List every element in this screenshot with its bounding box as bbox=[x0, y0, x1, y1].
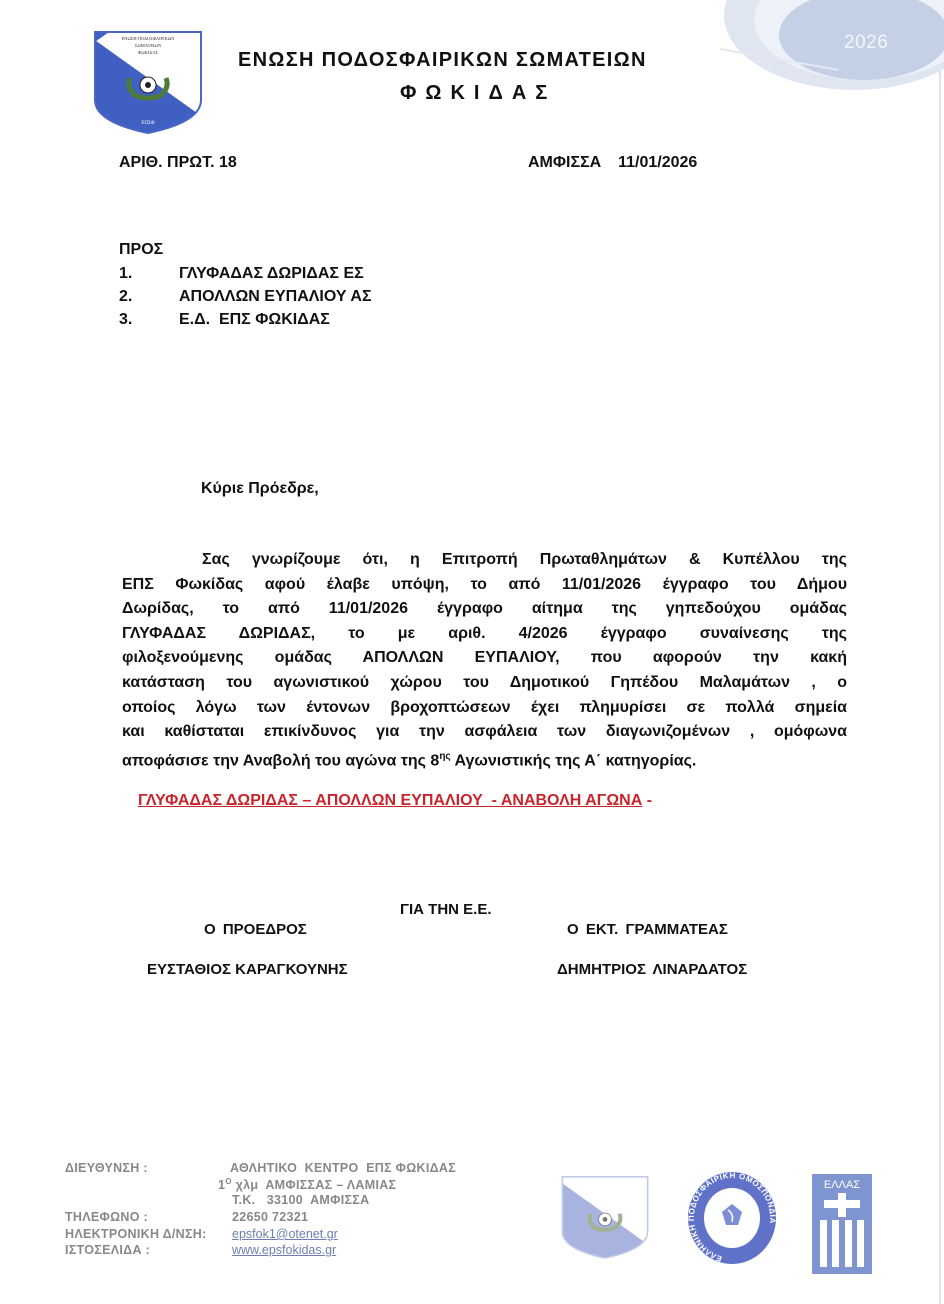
protocol-number: ΑΡΙΘ. ΠΡΩΤ. 18 bbox=[119, 154, 237, 172]
phone-label: ΤΗΛΕΦΩΝΟ : bbox=[65, 1210, 148, 1224]
recipient-name: ΓΛΥΦΑΔΑΣ ΔΩΡΙΔΑΣ ΕΣ bbox=[179, 265, 364, 282]
recipient-name: ΑΠΟΛΛΩΝ ΕΥΠΑΛΙΟΥ ΑΣ bbox=[179, 288, 372, 305]
email-link[interactable]: epsfok1@otenet.gr bbox=[232, 1227, 338, 1241]
svg-text:ΕΝΩΣΗ ΠΟΔΟΣΦΑΙΡΙΚΩΝ: ΕΝΩΣΗ ΠΟΔΟΣΦΑΙΡΙΚΩΝ bbox=[121, 36, 175, 41]
svg-text:ΣΩΜΑΤΕΙΩΝ: ΣΩΜΑΤΕΙΩΝ bbox=[135, 43, 162, 48]
email-label: ΗΛΕΚΤΡΟΝΙΚΗ Δ/ΝΣΗ: bbox=[65, 1227, 207, 1241]
place-date: ΑΜΦΙΣΣΑ 11/01/2026 bbox=[528, 154, 697, 172]
hellenic-football-federation-logo-icon: ΕΛΛΗΝΙΚΗ ΠΟΔΟΣΦΑΙΡΙΚΗ ΟΜΟΣΠΟΝΔΙΑ bbox=[686, 1170, 778, 1266]
ordinal-suffix: ης bbox=[439, 751, 450, 762]
address-line: ΑΘΛΗΤΙΚΟ ΚΕΝΤΡΟ ΕΠΣ ΦΩΚΙΔΑΣ bbox=[230, 1161, 456, 1175]
decoration-year: 2026 bbox=[844, 32, 888, 54]
signature-right-name: ΔΗΜΗΤΡΙΟΣ ΛΙΝΑΡΔΑΤΟΣ bbox=[557, 961, 747, 978]
website-link[interactable]: www.epsfokidas.gr bbox=[232, 1243, 336, 1257]
letter-body: Σας γνωρίζουμε ότι, η Επιτροπή Πρωταθλημ… bbox=[122, 548, 847, 774]
body-line-last: αποφάσισε την Αναβολή του αγώνα της 8ης … bbox=[122, 745, 847, 774]
recipient-number: 2. bbox=[119, 288, 179, 306]
body-line: ΓΛΥΦΑΔΑΣ ΔΩΡΙΔΑΣ, το με αριθ. 4/2026 έγγ… bbox=[122, 622, 847, 647]
body-text-fragment: αποφάσισε την Αναβολή του αγώνα της 8 bbox=[122, 752, 439, 769]
website-label: ΙΣΤΟΣΕΛΙΔΑ : bbox=[65, 1243, 150, 1257]
recipient-number: 3. bbox=[119, 311, 179, 329]
signature-right-role: Ο ΕΚΤ. ΓΡΑΜΜΑΤΕΑΣ bbox=[567, 921, 728, 938]
headline-suffix: - bbox=[642, 792, 652, 809]
body-text-fragment: Αγωνιστικής της Α΄ κατηγορίας. bbox=[451, 752, 697, 769]
recipient-item: 3.Ε.Δ. ΕΠΣ ΦΩΚΙΔΑΣ bbox=[119, 311, 330, 329]
svg-text:ΕΛΛΑΣ: ΕΛΛΑΣ bbox=[824, 1179, 860, 1191]
year-decoration: 2026 bbox=[724, 0, 944, 90]
signature-for-label: ΓΙΑ ΤΗΝ Ε.Ε. bbox=[400, 901, 492, 918]
body-line: οποίος λόγω των έντονων βροχοπτώσεων έχε… bbox=[122, 696, 847, 721]
salutation: Κύριε Πρόεδρε, bbox=[201, 480, 319, 498]
address-line: 1Ο χλμ ΑΜΦΙΣΣΑΣ – ΛΑΜΙΑΣ bbox=[218, 1177, 396, 1192]
eps-fokidas-shield-logo-icon: ΕΝΩΣΗ ΠΟΔΟΣΦΑΙΡΙΚΩΝ ΣΩΜΑΤΕΙΩΝ ΦΩΚΙΔΑΣ ΕΠ… bbox=[92, 30, 204, 134]
body-line: κατάσταση του αγωνιστικού χώρου του Δημο… bbox=[122, 671, 847, 696]
ellas-flag-logo-icon: ΕΛΛΑΣ bbox=[812, 1174, 872, 1274]
postponement-headline: ΓΛΥΦΑΔΑΣ ΔΩΡΙΔΑΣ – ΑΠΟΛΛΩΝ ΕΥΠΑΛΙΟΥ - ΑΝ… bbox=[138, 792, 652, 810]
svg-text:ΦΩΚΙΔΑΣ: ΦΩΚΙΔΑΣ bbox=[138, 50, 159, 55]
recipients-label: ΠΡΟΣ bbox=[119, 241, 163, 259]
body-line: Σας γνωρίζουμε ότι, η Επιτροπή Πρωταθλημ… bbox=[122, 548, 847, 573]
org-subtitle: ΦΩΚΙΔΑΣ bbox=[400, 82, 556, 105]
body-line: Δωρίδας, το από 11/01/2026 έγγραφο αίτημ… bbox=[122, 597, 847, 622]
address-label: ΔΙΕΥΘΥΝΣΗ : bbox=[65, 1161, 148, 1175]
org-title: ΕΝΩΣΗ ΠΟΔΟΣΦΑΙΡΙΚΩΝ ΣΩΜΑΤΕΙΩΝ bbox=[238, 49, 647, 72]
recipient-item: 1.ΓΛΥΦΑΔΑΣ ΔΩΡΙΔΑΣ ΕΣ bbox=[119, 265, 364, 283]
headline-text: ΓΛΥΦΑΔΑΣ ΔΩΡΙΔΑΣ – ΑΠΟΛΛΩΝ ΕΥΠΑΛΙΟΥ - ΑΝ… bbox=[138, 792, 642, 809]
signature-left-name: ΕΥΣΤΑΘΙΟΣ ΚΑΡΑΓΚΟΥΝΗΣ bbox=[147, 961, 348, 978]
recipient-item: 2.ΑΠΟΛΛΩΝ ΕΥΠΑΛΙΟΥ ΑΣ bbox=[119, 288, 372, 306]
recipient-name: Ε.Δ. ΕΠΣ ΦΩΚΙΔΑΣ bbox=[179, 311, 330, 328]
address-fragment: χλμ ΑΜΦΙΣΣΑΣ – ΛΑΜΙΑΣ bbox=[232, 1178, 397, 1192]
svg-text:ΕΠΣΦ: ΕΠΣΦ bbox=[141, 121, 155, 126]
page-edge bbox=[939, 70, 941, 1304]
eps-fokidas-footer-logo-icon bbox=[560, 1174, 650, 1260]
body-line: ΕΠΣ Φωκίδας αφού έλαβε υπόψη, το από 11/… bbox=[122, 573, 847, 598]
body-line: και καθίσταται επικίνδυνος για την ασφάλ… bbox=[122, 720, 847, 745]
signature-left-role: Ο ΠΡΟΕΔΡΟΣ bbox=[204, 921, 307, 938]
address-line: Τ.Κ. 33100 ΑΜΦΙΣΣΑ bbox=[232, 1193, 369, 1207]
recipient-number: 1. bbox=[119, 265, 179, 283]
phone-value: 22650 72321 bbox=[232, 1210, 308, 1224]
body-line: φιλοξενούμενης ομάδας ΑΠΟΛΛΩΝ ΕΥΠΑΛΙΟΥ, … bbox=[122, 646, 847, 671]
